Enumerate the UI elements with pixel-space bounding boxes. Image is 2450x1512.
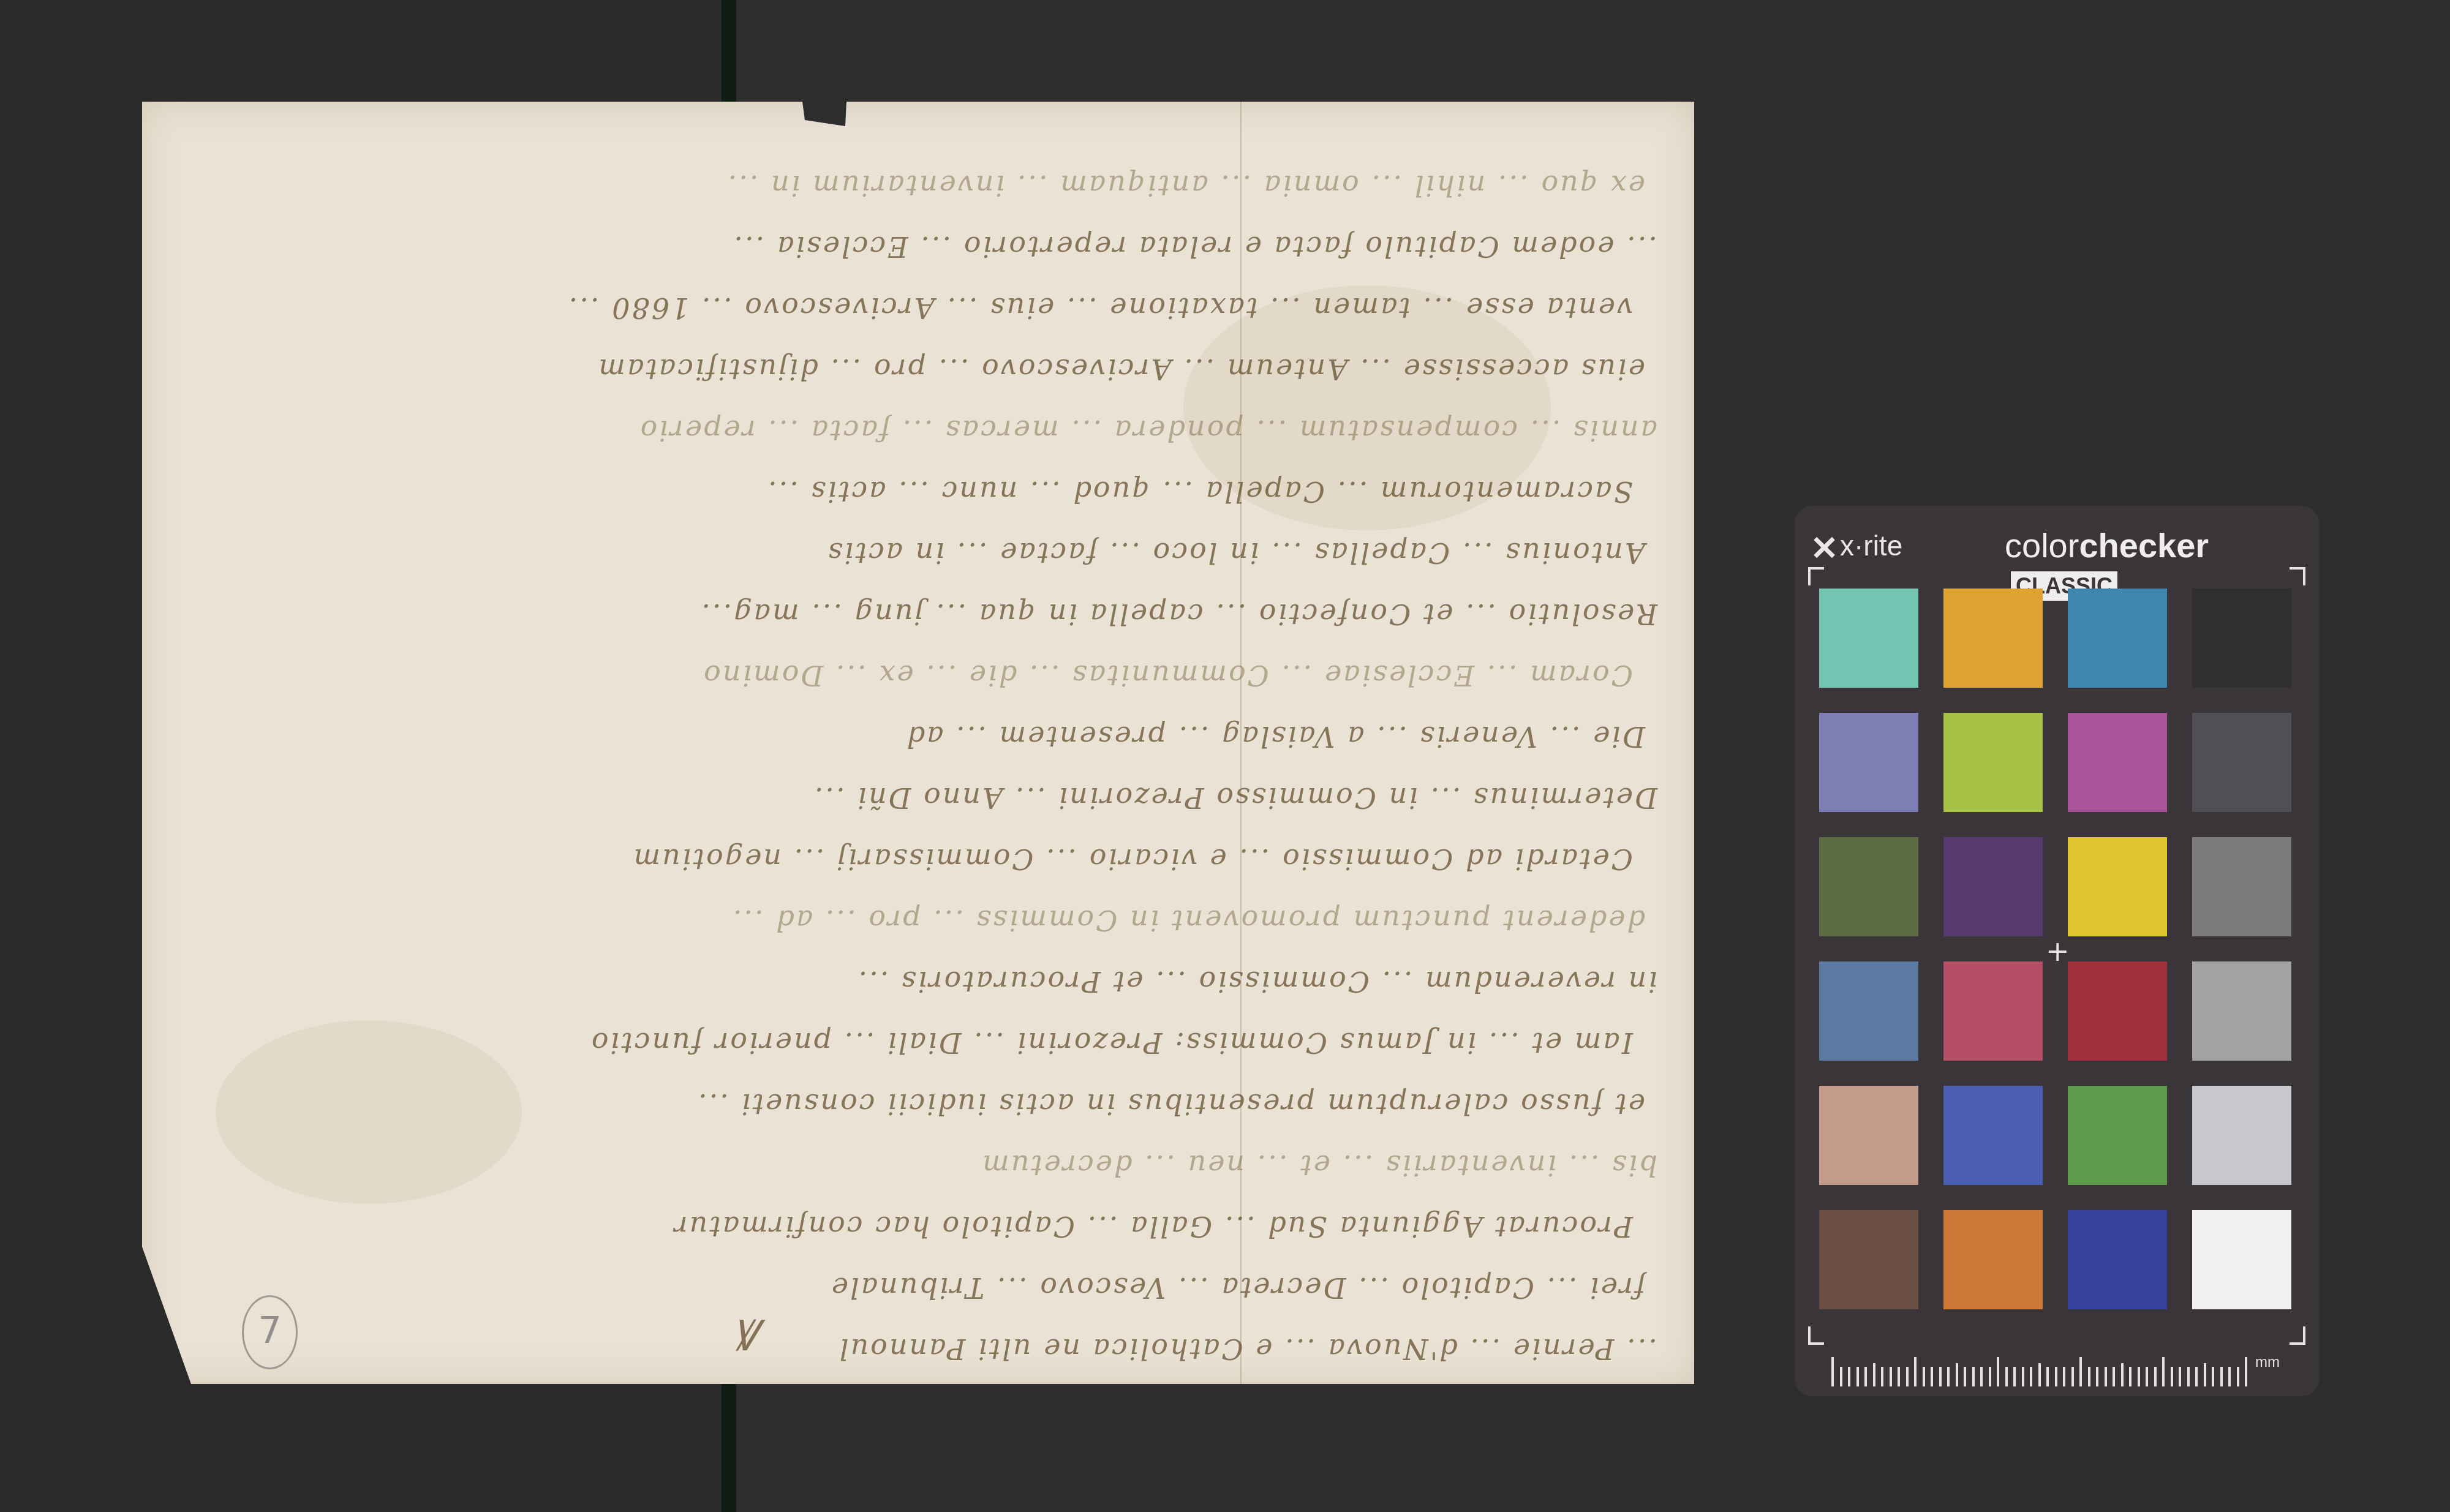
ruler-tick xyxy=(1856,1367,1859,1386)
crop-mark-top-left xyxy=(1808,567,1824,585)
color-patch xyxy=(2192,713,2291,812)
manuscript-line: Determinus ... in Commisso Prezorini ...… xyxy=(813,781,1657,814)
ruler-tick xyxy=(1972,1367,1975,1386)
ruler-tick xyxy=(2187,1367,2190,1386)
manuscript-line: Antonius ... Capellas ... in loco ... fa… xyxy=(826,536,1645,570)
color-patch xyxy=(2068,1210,2167,1309)
ruler-tick xyxy=(2162,1357,2165,1386)
crosshair-icon: + xyxy=(2046,935,2070,968)
signature-flourish: Ꝟ xyxy=(732,1304,758,1363)
manuscript-line: eius accessisse ... Anteum ... Arcivesco… xyxy=(597,353,1645,386)
ruler-tick xyxy=(2245,1357,2247,1386)
brand-name: x·rite xyxy=(1840,530,1902,562)
manuscript-line: bis ... inventariis ... et ... neu ... d… xyxy=(981,1149,1657,1182)
ruler-tick xyxy=(1840,1367,1842,1386)
ruler-tick xyxy=(2013,1367,2016,1386)
manuscript-line: ex quo ... nihil ... omnia ... antiquam … xyxy=(726,169,1645,202)
ruler-tick xyxy=(1923,1367,1925,1386)
handwritten-text-block: ... Pernie ... d'Nuova ... e Catholica n… xyxy=(142,102,1694,1384)
xrite-x-icon xyxy=(1813,536,1835,558)
ruler-tick xyxy=(1939,1367,1942,1386)
ruler-tick xyxy=(2154,1367,2157,1386)
manuscript-line: venta esse ... tamen ... taxatione ... e… xyxy=(567,291,1633,325)
color-patch xyxy=(1819,961,1918,1061)
ruler-tick xyxy=(2022,1367,2024,1386)
manuscript-line: annis ... compensatum ... pondera ... me… xyxy=(638,414,1657,447)
product-name-light: color xyxy=(2005,526,2079,565)
ruler-tick xyxy=(2113,1367,2115,1386)
manuscript-line: Iam et ... in Jamus Commiss: Prezorini .… xyxy=(590,1026,1633,1059)
color-patch xyxy=(1943,713,2043,812)
product-name-bold: checker xyxy=(2079,526,2209,565)
ruler-tick xyxy=(1873,1363,1875,1386)
color-patch xyxy=(2068,589,2167,688)
ruler-tick xyxy=(2129,1367,2131,1386)
color-patch xyxy=(1819,713,1918,812)
ruler-tick xyxy=(1914,1357,1917,1386)
xrite-logo: x·rite xyxy=(1813,529,1902,562)
color-patch xyxy=(2192,961,2291,1061)
ruler-tick xyxy=(2088,1367,2090,1386)
color-patch xyxy=(1943,1086,2043,1185)
ruler-tick xyxy=(2079,1357,2082,1386)
ruler-tick xyxy=(2071,1367,2074,1386)
ruler-tick xyxy=(2055,1367,2057,1386)
ruler-tick xyxy=(2212,1367,2214,1386)
ruler-tick xyxy=(2046,1367,2049,1386)
ruler-tick xyxy=(1831,1357,1834,1386)
ruler-tick xyxy=(1898,1367,1900,1386)
color-patch xyxy=(2068,961,2167,1061)
ruler-tick xyxy=(2146,1367,2148,1386)
color-patch xyxy=(2192,1210,2291,1309)
ruler-tick xyxy=(2005,1367,2008,1386)
manuscript-line: frei ... Capitolo ... Decreta ... Vescov… xyxy=(830,1271,1645,1304)
color-patch xyxy=(2068,713,2167,812)
color-patch xyxy=(1819,1086,1918,1185)
manuscript-line: dederent punctum promovent in Commiss ..… xyxy=(731,904,1645,937)
ruler-tick xyxy=(1964,1367,1966,1386)
ruler-tick xyxy=(1997,1357,1999,1386)
ruler-tick xyxy=(2220,1367,2223,1386)
manuscript-line: Sacramentorum ... Capella ... quod ... n… xyxy=(766,475,1633,508)
manuscript-line: Resolutio ... et Confectio ... capella i… xyxy=(699,598,1657,631)
manuscript-line: Procurat Aggiunta Sud ... Galla ... Capi… xyxy=(673,1210,1633,1243)
color-patch xyxy=(1943,961,2043,1061)
ruler-tick xyxy=(1881,1367,1883,1386)
manuscript-line: ... Pernie ... d'Nuova ... e Catholica n… xyxy=(838,1333,1657,1366)
crop-mark-bottom-left xyxy=(1808,1326,1824,1345)
ruler-tick xyxy=(2138,1367,2140,1386)
ruler-tick xyxy=(2105,1367,2107,1386)
ruler-tick xyxy=(2171,1367,2173,1386)
ruler-tick xyxy=(1989,1367,1991,1386)
ruler-tick xyxy=(1906,1367,1909,1386)
color-patch xyxy=(2192,1086,2291,1185)
ruler-tick xyxy=(1947,1367,1950,1386)
ruler-tick xyxy=(2237,1367,2239,1386)
color-patch xyxy=(2192,837,2291,936)
ruler-tick xyxy=(2228,1367,2231,1386)
ruler-tick xyxy=(1956,1363,1958,1386)
ruler-tick xyxy=(1980,1367,1983,1386)
ruler-unit-label: mm xyxy=(2255,1354,2280,1371)
pencil-folio-number: 7 xyxy=(242,1295,298,1369)
crop-mark-top-right xyxy=(2290,567,2305,585)
color-patch xyxy=(1943,589,2043,688)
color-patch xyxy=(1819,589,1918,688)
ruler-tick xyxy=(2179,1367,2181,1386)
ruler-tick xyxy=(2030,1367,2032,1386)
colorchecker-target: x·rite colorcheckerCLASSIC + mm xyxy=(1795,506,2319,1396)
manuscript-line: et fusso caleruptum presentibus in actis… xyxy=(696,1088,1645,1121)
crop-mark-bottom-right xyxy=(2290,1326,2305,1345)
ruler-tick xyxy=(2038,1363,2041,1386)
ruler-tick xyxy=(1864,1367,1867,1386)
manuscript-line: in reverendum ... Commissio ... et Procu… xyxy=(857,965,1657,998)
color-patch xyxy=(2068,837,2167,936)
color-patch xyxy=(1943,1210,2043,1309)
ruler-tick xyxy=(1890,1367,1892,1386)
color-patch xyxy=(1819,1210,1918,1309)
manuscript-line: Die ... Veneris ... a Vaislag ... presen… xyxy=(905,720,1645,753)
ruler-tick xyxy=(2096,1367,2098,1386)
color-patch xyxy=(2192,589,2291,688)
ruler-tick xyxy=(2195,1367,2198,1386)
color-patch xyxy=(1943,837,2043,936)
ruler-tick xyxy=(1848,1367,1850,1386)
manuscript-line: Coram ... Ecclesiae ... Communitas ... d… xyxy=(702,659,1633,692)
ruler-tick xyxy=(1931,1367,1933,1386)
ruler-tick xyxy=(2063,1367,2065,1386)
manuscript-line: Cetardi ad Commissio ... e vicario ... C… xyxy=(632,843,1633,876)
ruler-tick xyxy=(2121,1363,2124,1386)
ruler-tick xyxy=(2204,1363,2206,1386)
color-patch xyxy=(2068,1086,2167,1185)
manuscript-line: ... eodem Capitulo facta e relata repert… xyxy=(732,230,1657,263)
color-patch xyxy=(1819,837,1918,936)
mm-ruler xyxy=(1831,1357,2260,1386)
